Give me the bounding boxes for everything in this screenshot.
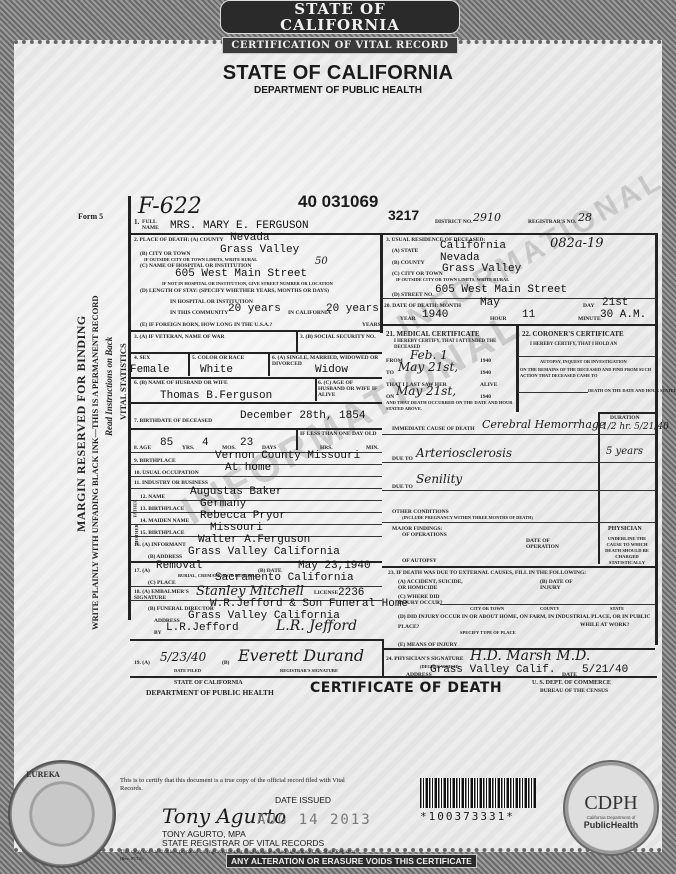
funeral-by: L.R.Jefford bbox=[166, 622, 239, 634]
california-state-seal: EUREKA bbox=[8, 760, 116, 868]
due-to-1-duration: 5 years bbox=[606, 446, 643, 457]
date-issued: AUG 14 2013 bbox=[257, 812, 372, 828]
margin-binding: MARGIN RESERVED FOR BINDING bbox=[74, 315, 89, 532]
revision-note: (Rev. 07/12) bbox=[120, 856, 142, 861]
certification-statement: This is to certify that this document is… bbox=[120, 777, 360, 793]
death-hour-label: HOUR bbox=[490, 316, 507, 322]
due-to-2: Senility bbox=[416, 472, 462, 486]
embalmer-signature: Stanley Mitchell bbox=[196, 584, 304, 599]
death-month: May bbox=[480, 297, 500, 309]
birthdate-label: 7. BIRTHDATE OF DECEASED bbox=[134, 418, 212, 424]
death-hospital: 605 West Main Street bbox=[175, 268, 307, 280]
informant-address: Grass Valley California bbox=[188, 546, 340, 558]
form-footer-commerce: U. S. DEPT. OF COMMERCE bbox=[532, 680, 611, 686]
length-of-stay-label: (D) LENGTH OF STAY: (SPECIFY WHETHER YEA… bbox=[140, 288, 329, 294]
registrar-number-label: REGISTRAR'S NO. bbox=[528, 219, 576, 225]
residence-county-label: (B) COUNTY bbox=[392, 260, 425, 266]
header-department: DEPARTMENT OF PUBLIC HEALTH bbox=[0, 85, 676, 96]
place-of-death-label: 2. PLACE OF DEATH: (A) COUNTY bbox=[134, 237, 224, 243]
due-to-1: Arteriosclerosis bbox=[416, 446, 512, 460]
attended-to: May 21st, bbox=[398, 360, 458, 374]
death-day-label: DAY bbox=[583, 303, 594, 309]
page-header: STATE OF CALIFORNIA DEPARTMENT OF PUBLIC… bbox=[0, 62, 676, 96]
top-banner: STATE OF CALIFORNIA CERTIFICATION OF VIT… bbox=[220, 0, 460, 40]
death-year: 1940 bbox=[422, 309, 448, 321]
of-autopsy-label: OF AUTOPSY bbox=[402, 558, 437, 564]
deceased-full-name: MRS. MARY E. FERGUSON bbox=[170, 220, 309, 232]
father-name: Augustas Baker bbox=[190, 486, 282, 498]
physician-note: UNDERLINE THE CAUSE TO WHICH DEATH SHOUL… bbox=[600, 536, 654, 566]
coroner-remains-note: ON THE REMAINS OF THE DECEASED AND FIND … bbox=[520, 367, 655, 379]
death-city: Grass Valley bbox=[220, 244, 299, 256]
sex-value: Female bbox=[130, 364, 170, 376]
form-footer-department: DEPARTMENT OF PUBLIC HEALTH bbox=[146, 688, 274, 697]
funeral-by-label: BY bbox=[154, 630, 162, 636]
header-state: STATE OF CALIFORNIA bbox=[0, 62, 676, 85]
mother-maiden-name: Rebecca Pryor bbox=[200, 510, 286, 522]
immediate-cause-duration: 1/2 hr. 5/21/40 bbox=[602, 422, 669, 432]
attended-to-year: 1940 bbox=[480, 370, 491, 376]
seal-motto: EUREKA bbox=[26, 770, 60, 779]
death-minute: 30 A.M. bbox=[600, 309, 646, 321]
injury-county-label: COUNTY bbox=[540, 606, 560, 611]
date-filed-label: 19. (A) bbox=[134, 660, 150, 666]
banner-subtitle: CERTIFICATION OF VITAL RECORD bbox=[222, 37, 457, 54]
coroner-death-note: DEATH ON THE DATE AND HOUR STATED ABOVE. bbox=[588, 388, 676, 393]
disposition-place: Sacramento California bbox=[215, 572, 354, 584]
residence-city-note: IF OUTSIDE CITY OR TOWN LIMITS, WRITE RU… bbox=[396, 277, 509, 282]
veteran-label: 3. (A) IF VETERAN, NAME OF WAR bbox=[134, 334, 224, 340]
district-label: DISTRICT NO. bbox=[435, 219, 473, 225]
injury-state-label: STATE bbox=[610, 606, 624, 611]
in-california-label: IN CALIFORNIA bbox=[288, 310, 331, 316]
date-filed: 5/23/40 bbox=[160, 650, 206, 664]
coroner-autopsy-note: AUTOPSY, INQUEST OR INVESTIGATION bbox=[540, 359, 627, 364]
death-day: 21st bbox=[602, 297, 628, 309]
medical-certificate-title: 21. MEDICAL CERTIFICATE bbox=[386, 330, 480, 338]
race-label: 5. COLOR OR RACE bbox=[192, 355, 244, 361]
informant-label: 16. (A) INFORMANT bbox=[134, 542, 186, 548]
disposition-label: 17. (A) bbox=[134, 568, 150, 574]
age-months: 4 bbox=[202, 437, 209, 449]
file-number-handwritten: F-622 bbox=[138, 194, 202, 219]
residence-state-code: 082a-19 bbox=[550, 236, 604, 251]
margin-write-plainly: WRITE PLAINLY WITH UNFADING BLACK INK—TH… bbox=[90, 296, 100, 630]
death-statement: AND THAT DEATH OCCURRED ON THE DATE AND … bbox=[386, 400, 516, 412]
margin-note: 50 bbox=[315, 256, 328, 267]
local-number: 3217 bbox=[388, 207, 419, 223]
of-operations-label: OF OPERATIONS bbox=[402, 532, 447, 538]
physician-address-label: ADDRESS bbox=[406, 672, 432, 678]
informant-name: Walter A.Ferguson bbox=[198, 534, 310, 546]
form-footer-title: CERTIFICATE OF DEATH bbox=[310, 680, 502, 696]
years-label: YEARS bbox=[362, 322, 381, 328]
marital-status-value: Widow bbox=[315, 364, 348, 376]
physician-note-title: PHYSICIAN bbox=[608, 526, 642, 532]
age-days: 23 bbox=[240, 437, 253, 449]
other-conditions-note: (INCLUDE PREGNANCY WITHIN THREE MONTHS O… bbox=[402, 515, 533, 520]
death-county: Nevada bbox=[230, 232, 270, 244]
in-community-label: IN THIS COMMUNITY bbox=[170, 310, 228, 316]
attended-from-year: 1940 bbox=[480, 358, 491, 364]
birthdate-value: December 28th, 1854 bbox=[240, 410, 365, 422]
alteration-warning: ANY ALTERATION OR ERASURE VOIDS THIS CER… bbox=[226, 854, 477, 868]
barcode-number: *100373331* bbox=[420, 810, 515, 823]
death-certificate-form: INFORMATIONAL INFORMATIONAL F-622 40 031… bbox=[130, 196, 657, 750]
residence-state-label: (A) STATE bbox=[392, 248, 418, 254]
in-community-value: 20 years bbox=[228, 303, 281, 315]
age-years: 85 bbox=[160, 437, 173, 449]
coroner-certify-text: I HEREBY CERTIFY, THAT I HOLD AN bbox=[530, 342, 617, 347]
state-file-number: 40 031069 bbox=[298, 192, 378, 212]
sex-label: 4. SEX bbox=[134, 355, 150, 361]
death-year-label: YEAR bbox=[400, 316, 416, 322]
death-minute-label: MINUTE bbox=[578, 316, 601, 322]
registrar-title: STATE REGISTRAR OF VITAL RECORDS bbox=[162, 838, 324, 848]
field-1-label: FULL NAME bbox=[142, 219, 162, 231]
father-label: FATHER bbox=[133, 499, 138, 517]
form-footer-state: STATE OF CALIFORNIA bbox=[174, 680, 243, 686]
age-label: 8. AGE bbox=[134, 445, 151, 451]
while-at-work-label: WHILE AT WORK? bbox=[580, 622, 630, 628]
death-hour: 11 bbox=[522, 309, 535, 321]
form-number: Form 5 bbox=[78, 212, 103, 221]
banner-title: STATE OF CALIFORNIA bbox=[220, 0, 460, 34]
mother-birthplace: Missouri bbox=[210, 522, 263, 534]
attended-to-label: TO bbox=[386, 370, 394, 376]
margin-vital-statistics: VITAL STATISTICS bbox=[118, 343, 128, 420]
disposition-value: Removal bbox=[156, 560, 202, 572]
registrar-signature: Everett Durand bbox=[238, 646, 364, 665]
external-causes-title: 23. IF DEATH WAS DUE TO EXTERNAL CAUSES,… bbox=[388, 570, 586, 576]
date-of-operation-label: DATE OF OPERATION bbox=[526, 538, 562, 550]
residence-city: Grass Valley bbox=[442, 263, 521, 275]
physician-date-label: DATE bbox=[562, 672, 577, 678]
spouse-age-label: 6. (C) AGE OF HUSBAND OR WIFE IF ALIVE bbox=[318, 380, 380, 398]
father-birthplace: Germany bbox=[200, 498, 246, 510]
accident-label: (A) ACCIDENT, SUICIDE, OR HOMICIDE bbox=[398, 579, 468, 591]
minutes-label: MIN. bbox=[366, 445, 379, 451]
immediate-cause: Cerebral Hemorrhage bbox=[482, 418, 605, 431]
hospital-note: IF NOT IN HOSPITAL OR INSTITUTION, GIVE … bbox=[162, 281, 333, 286]
physician-signature: H.D. Marsh M.D. bbox=[470, 648, 590, 664]
registrar-signature-caption: REGISTRAR'S SIGNATURE bbox=[280, 668, 338, 673]
cdph-logo: CDPH California Department of PublicHeal… bbox=[563, 760, 659, 856]
registrar-number: 28 bbox=[578, 211, 592, 224]
field-1-number: 1. bbox=[134, 218, 139, 226]
district-number: 2910 bbox=[473, 211, 501, 224]
margin-instructions: Read Instructions on Back bbox=[104, 337, 114, 436]
funeral-director: W.R.Jefford & Son Funeral Home bbox=[210, 598, 408, 610]
ssn-label: 3. (B) SOCIAL SECURITY NO. bbox=[300, 334, 376, 340]
immediate-cause-label: IMMEDIATE CAUSE OF DEATH bbox=[392, 426, 475, 432]
residence-street: 605 West Main Street bbox=[435, 284, 567, 296]
registrar-b-label: (B) bbox=[222, 660, 229, 666]
foreign-born-label: (E) IF FOREIGN BORN, HOW LONG IN THE U.S… bbox=[140, 322, 272, 328]
spouse-name: Thomas B.Ferguson bbox=[160, 390, 272, 402]
funeral-by-signature: L.R. Jefford bbox=[276, 618, 357, 634]
coroners-certificate-title: 22. CORONER'S CERTIFICATE bbox=[522, 330, 624, 338]
spouse-name-label: 6. (B) NAME OF HUSBAND OR WIFE bbox=[134, 380, 228, 386]
in-california-value: 20 years bbox=[326, 303, 379, 315]
physician-signature-label: 24. PHYSICIAN'S SIGNATURE bbox=[386, 656, 463, 662]
form-footer-census: BUREAU OF THE CENSUS bbox=[540, 688, 608, 694]
physician-date: 5/21/40 bbox=[582, 664, 628, 676]
physician-address: Grass Valley Calif. bbox=[430, 664, 555, 676]
less-than-day-label: IF LESS THAN ONE DAY OLD bbox=[300, 431, 376, 437]
death-city-note: IF OUTSIDE CITY OR TOWN LIMITS, WRITE RU… bbox=[144, 257, 257, 262]
specify-type-label: SPECIFY TYPE OF PLACE bbox=[460, 630, 516, 635]
last-saw-alive: alive bbox=[480, 382, 497, 388]
duration-label: DURATION bbox=[610, 415, 640, 421]
disposition-date: May 23,1940 bbox=[298, 560, 371, 572]
date-of-injury-label: (B) DATE OF INJURY bbox=[540, 579, 580, 591]
cdph-acronym: CDPH bbox=[565, 792, 657, 815]
cdph-line2: PublicHealth bbox=[565, 820, 657, 830]
last-seen-on: May 21st, bbox=[396, 384, 456, 398]
barcode bbox=[420, 778, 536, 808]
injury-city-label: CITY OR TOWN bbox=[470, 606, 504, 611]
residence-state: California bbox=[440, 240, 506, 252]
age-years-label: YRS. bbox=[182, 445, 194, 451]
date-filed-caption: DATE FILED bbox=[174, 668, 201, 673]
license-label: LICENSE bbox=[314, 590, 338, 596]
birthplace-value: Vernon County Missouri bbox=[215, 450, 360, 462]
race-value: White bbox=[200, 364, 233, 376]
occupation-value: At home bbox=[225, 462, 271, 474]
